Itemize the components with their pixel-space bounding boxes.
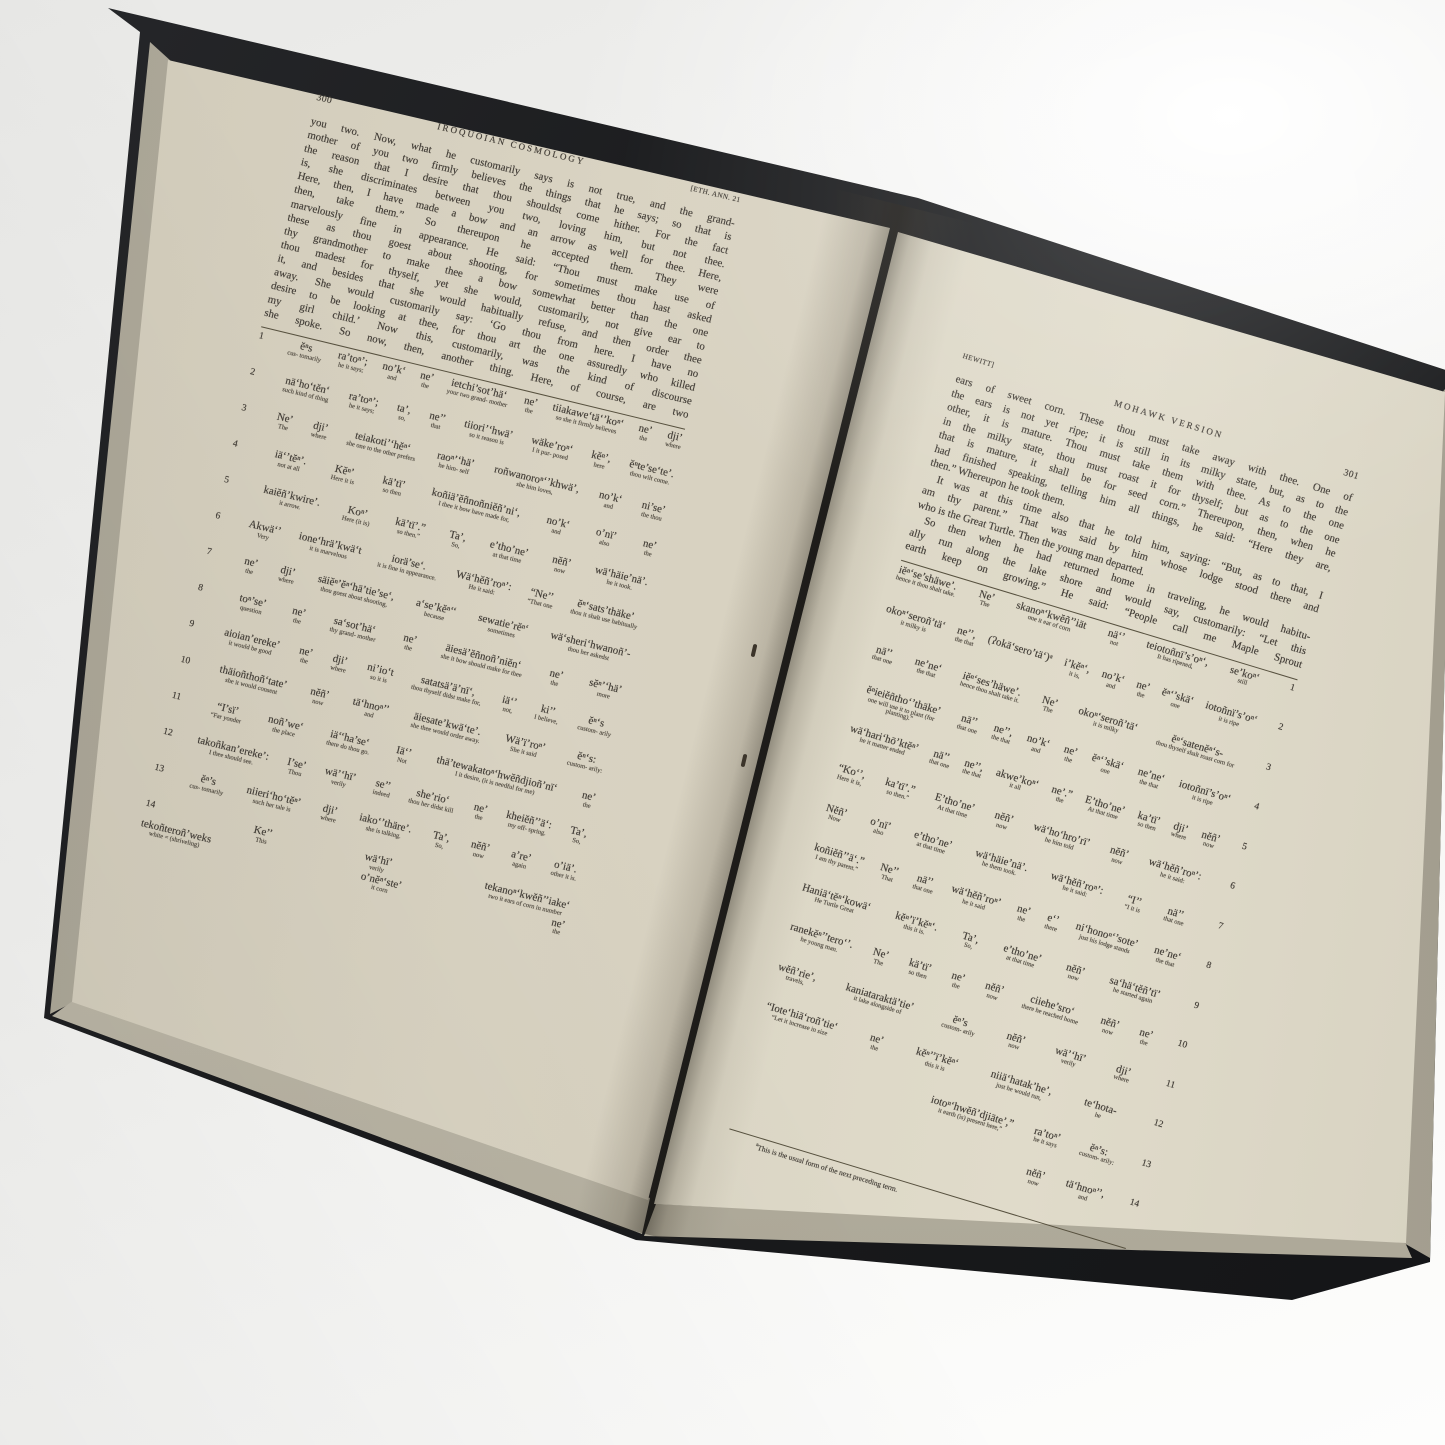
line-number: 9	[188, 618, 206, 632]
word-gloss: where	[277, 576, 294, 586]
word-stack: Kĕⁿ’Here it is	[330, 463, 358, 487]
word-stack: ne’’,the that	[990, 722, 1014, 746]
word-stack: ietchi’sot’hä‘your two grand- mother	[446, 376, 511, 409]
word-stack: ne’the	[241, 555, 259, 577]
word-gloss: now	[1110, 857, 1123, 867]
line-number: 4	[232, 438, 250, 452]
word-stack: nĕñ’now	[1198, 828, 1222, 852]
word-gloss: The	[872, 958, 884, 968]
word-gloss: and	[363, 711, 374, 720]
word-gloss: So,	[434, 843, 444, 852]
word-gloss: now	[1007, 1042, 1020, 1052]
word-stack: Ne’’That	[877, 861, 901, 885]
word-stack: dji’where	[329, 653, 349, 676]
word-stack: se’’indeed	[372, 777, 393, 800]
word-gloss: again	[511, 861, 526, 871]
line-number: 1	[258, 331, 276, 345]
line-number: 2	[249, 366, 267, 380]
word-gloss: where	[319, 815, 336, 825]
word-gloss: also	[872, 828, 884, 838]
word-stack: kä’tï’so then	[380, 475, 407, 499]
word-stack: ne’the	[547, 667, 565, 689]
word-gloss: The	[1042, 706, 1054, 716]
word-stack: dji’where	[319, 803, 339, 826]
word-gloss: the	[524, 408, 533, 417]
word-stack: dji’where	[310, 420, 330, 443]
word-gloss: he	[1094, 1112, 1102, 1120]
word-gloss: the	[474, 814, 483, 823]
line-number: 5	[223, 474, 241, 488]
word-stack: ne’’,the that	[961, 757, 985, 781]
word-stack: I’se’Thou	[284, 756, 307, 779]
word-gloss: where	[310, 432, 327, 442]
word-stack: ra’toⁿ’;he it says;	[335, 350, 369, 376]
word-gloss: one	[1099, 767, 1110, 776]
word-stack: Ne’The	[1039, 693, 1060, 716]
word-gloss: still	[1236, 678, 1247, 687]
word-stack: ne’the	[471, 801, 489, 823]
line-number: 8	[197, 582, 215, 596]
word-gloss: now	[1202, 841, 1215, 851]
word-gloss: where	[664, 441, 681, 451]
word-gloss: and	[603, 503, 614, 512]
word-gloss: verily	[1060, 1058, 1077, 1069]
word-gloss: now	[1027, 1178, 1040, 1188]
word-stack: Ne’The	[869, 946, 890, 969]
word-gloss: verily	[330, 779, 346, 789]
word-gloss: and	[386, 374, 397, 383]
word-gloss: that	[430, 423, 441, 432]
word-gloss: and	[1077, 1194, 1088, 1203]
word-stack: o’nï’also	[593, 526, 618, 550]
word-stack: ta’,so,	[394, 402, 412, 424]
word-stack: ne’the	[867, 1031, 886, 1054]
line-number: 12	[162, 726, 180, 740]
word-stack: Ne’The	[976, 587, 997, 610]
word-gloss: now	[1067, 974, 1080, 984]
word-gloss: the	[1139, 1039, 1149, 1048]
word-gloss: the	[869, 1044, 879, 1053]
word-stack: ne’the	[521, 395, 539, 417]
word-stack: Iä‘’Not	[393, 744, 413, 767]
word-gloss: So,	[571, 838, 581, 847]
word-gloss: now	[995, 822, 1008, 832]
word-stack: nĕñ’now	[307, 686, 330, 709]
line-number: 1	[1280, 679, 1297, 694]
word-stack: nĕñ’now	[468, 839, 491, 862]
word-stack: ne’’that	[426, 410, 447, 433]
word-stack: nĕñ’now	[549, 554, 572, 577]
word-gloss: and	[550, 528, 561, 537]
word-stack: ĕⁿscus- tomarily	[286, 338, 324, 365]
word-stack: ni’se’the thou	[639, 499, 667, 524]
word-stack: ne’the	[417, 370, 435, 392]
word-gloss: the	[244, 568, 253, 577]
word-gloss: the	[299, 658, 308, 667]
word-stack: Ta’,So,	[430, 829, 451, 852]
word-stack: nĕñ’now	[1003, 1029, 1027, 1053]
word-stack: e‘’there	[1043, 911, 1061, 933]
word-gloss: So,	[450, 542, 460, 551]
word-stack: Ta’,So,	[959, 929, 981, 952]
word-stack: ne’the	[948, 969, 967, 992]
word-gloss: not,	[502, 707, 513, 716]
word-stack: dji’where	[1112, 1062, 1133, 1085]
word-stack: nĕñ’now	[1106, 844, 1130, 868]
word-gloss: Not	[396, 757, 407, 766]
word-gloss: so it is	[369, 675, 387, 686]
word-gloss: So,	[963, 942, 973, 951]
word-gloss: the	[420, 382, 429, 391]
word-gloss: the	[292, 618, 301, 627]
photo-of-open-book: 300 IROQUOIAN COSMOLOGY [ETH. ANN. 21 yo…	[0, 0, 1445, 1445]
word-stack: ne’the	[296, 645, 314, 667]
word-stack: nĕñ’now	[1097, 1014, 1121, 1038]
word-stack: nĕñ’now	[982, 980, 1006, 1004]
word-gloss: now	[472, 852, 485, 861]
word-stack: kĕⁿ’,here	[588, 449, 612, 473]
page-number-right: 301	[1342, 468, 1360, 482]
word-gloss: custom- arily:	[566, 760, 603, 775]
word-gloss: now	[1101, 1027, 1114, 1037]
word-stack: a’re’again	[508, 848, 532, 872]
word-gloss: the	[1016, 915, 1026, 924]
word-gloss: the	[1054, 797, 1064, 806]
word-stack: ne’the	[636, 422, 654, 444]
word-stack: dji’where	[277, 564, 297, 587]
word-gloss: the	[951, 982, 961, 991]
word-gloss: The	[277, 424, 288, 433]
line-number: 7	[206, 546, 224, 560]
word-gloss: That	[880, 874, 893, 884]
word-stack: ki’’I believe,	[533, 702, 561, 727]
word-gloss: it is,	[1068, 671, 1081, 681]
line-number: 3	[240, 402, 258, 416]
word-gloss: indeed	[372, 789, 390, 800]
word-gloss: and	[1105, 682, 1116, 691]
line-number: 10	[179, 654, 197, 668]
word-gloss: it all	[1008, 783, 1021, 793]
word-gloss: and	[1030, 746, 1041, 755]
word-stack: nĕñ’now	[1023, 1165, 1047, 1189]
word-stack: iĕⁿ‘se’shäwe’.hence it thou shalt take.	[895, 563, 960, 599]
word-stack: Ne’The	[274, 411, 294, 434]
word-stack: tiiakawe‘tä‘’koⁿ‘so she it firmly believ…	[550, 402, 625, 438]
word-stack: Ke’’This	[251, 824, 274, 847]
word-stack: ne’the	[1133, 678, 1152, 701]
word-stack: no’k‘and	[544, 514, 571, 538]
word-gloss: more	[596, 691, 611, 701]
word-stack: nĕñ’now	[991, 809, 1015, 833]
word-gloss: where	[329, 665, 346, 675]
word-stack: ne’’,the that	[954, 624, 978, 648]
line-number: 14	[145, 798, 163, 812]
word-stack: nĕñ’now	[1063, 961, 1087, 985]
line-number: 11	[171, 690, 189, 704]
word-gloss: one	[1169, 701, 1180, 710]
word-gloss: now	[311, 699, 324, 708]
word-gloss: now	[553, 567, 566, 576]
word-stack: iä‘’not,	[499, 694, 518, 716]
word-gloss: Thou	[287, 769, 302, 779]
word-gloss: Very	[256, 533, 270, 543]
word-stack: Ta’,So,	[446, 529, 467, 552]
line-number: 6	[214, 510, 232, 524]
word-gloss: also	[598, 540, 610, 549]
word-stack: ne’the	[289, 605, 307, 627]
word-stack: ne’the	[1060, 743, 1079, 766]
line-number: 13	[153, 762, 171, 776]
word-gloss: the	[1136, 691, 1146, 700]
page-number-left: 300	[315, 93, 333, 106]
word-gloss: now	[985, 993, 998, 1003]
word-stack: nä‘’not	[1104, 626, 1126, 650]
word-gloss: Now	[827, 815, 841, 825]
word-gloss: the	[643, 551, 652, 560]
word-stack: dji’where	[1170, 820, 1191, 843]
word-gloss: the	[403, 645, 412, 654]
word-gloss: the	[1063, 756, 1073, 765]
word-gloss: here	[593, 462, 605, 471]
word-gloss: the	[582, 802, 591, 811]
word-gloss: custom- arily	[576, 725, 611, 740]
word-stack: no’k‘and	[379, 360, 406, 384]
word-stack: ne’the	[1014, 902, 1033, 925]
word-gloss: the	[551, 929, 560, 938]
word-gloss: This	[254, 837, 267, 846]
word-gloss: not	[1109, 640, 1119, 649]
word-gloss: The	[978, 600, 990, 610]
word-stack: no’k‘and	[596, 489, 623, 513]
word-gloss: the	[549, 680, 558, 689]
word-gloss: cus- tomarily	[286, 350, 321, 365]
word-gloss: so,	[397, 415, 406, 423]
word-stack: “I’’“I it is	[1123, 892, 1144, 915]
word-gloss: cus- tomarily	[188, 783, 223, 798]
word-stack: ne’the	[400, 632, 418, 654]
word-stack: ne’the	[1136, 1026, 1155, 1049]
word-gloss: the	[638, 435, 647, 444]
